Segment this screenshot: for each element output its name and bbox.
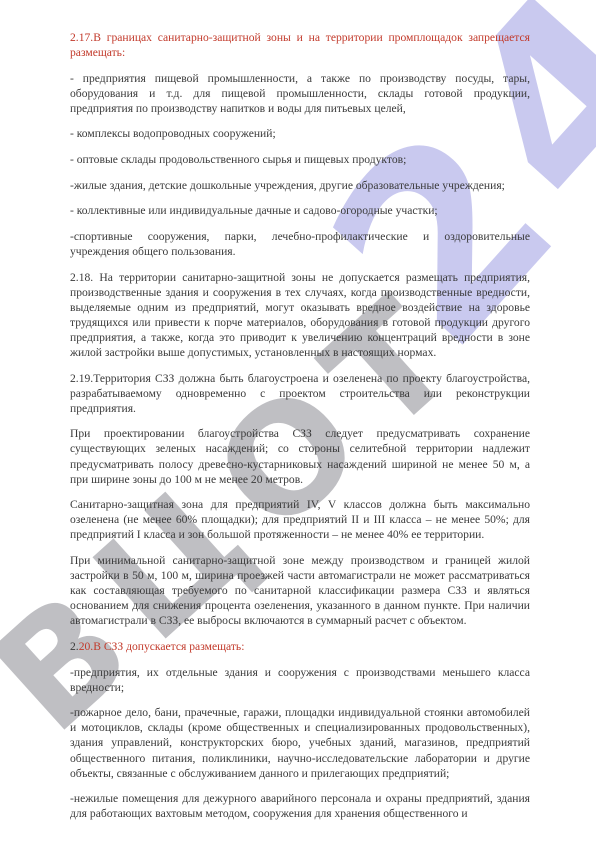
paragraph: 2.19.Территория СЗЗ должна быть благоуст…	[70, 371, 530, 416]
section-number-prefix: 2.	[70, 640, 79, 653]
paragraph: При проектировании благоустройства СЗЗ с…	[70, 426, 530, 486]
document-content: 2.17.В границах санитарно-защитной зоны …	[70, 30, 530, 832]
paragraph: - оптовые склады продовольственного сырь…	[70, 152, 530, 167]
paragraph: - предприятия пищевой промышленности, а …	[70, 71, 530, 116]
section-heading-text: 20.В СЗЗ допускается размещать:	[79, 640, 245, 653]
paragraph: - коллективные или индивидуальные дачные…	[70, 203, 530, 218]
paragraph: -жилые здания, детские дошкольные учрежд…	[70, 178, 530, 193]
paragraph: 2.18. На территории санитарно-защитной з…	[70, 270, 530, 361]
paragraph: -нежилые помещения для дежурного аварийн…	[70, 791, 530, 821]
paragraph: -пожарное дело, бани, прачечные, гаражи,…	[70, 705, 530, 780]
paragraph: -предприятия, их отдельные здания и соор…	[70, 665, 530, 695]
section-heading: 2.20.В СЗЗ допускается размещать:	[70, 639, 530, 654]
paragraph: - комплексы водопроводных сооружений;	[70, 126, 530, 141]
section-heading: 2.17.В границах санитарно-защитной зоны …	[70, 30, 530, 60]
paragraph: При минимальной санитарно-защитной зоне …	[70, 553, 530, 628]
paragraph: Санитарно-защитная зона для предприятий …	[70, 497, 530, 542]
paragraph: -спортивные сооружения, парки, лечебно-п…	[70, 229, 530, 259]
document-page: ВЦОТ 24 2.17.В границах санитарно-защитн…	[0, 0, 596, 842]
